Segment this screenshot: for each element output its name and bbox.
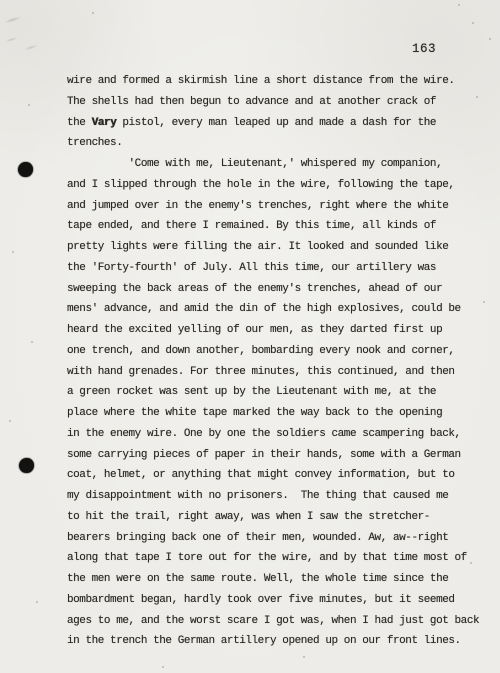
text-line: bearers bringing back one of their men, … xyxy=(67,528,492,549)
scanned-page: 163 wire and formed a skirmish line a sh… xyxy=(0,0,500,673)
text-line: in the trench the German artillery opene… xyxy=(67,631,492,652)
text-line: pretty lights were filling the air. It l… xyxy=(67,237,492,258)
text-segment: the xyxy=(67,117,92,129)
text-line: one trench, and down another, bombarding… xyxy=(67,341,492,362)
text-line: a green rocket was sent up by the Lieute… xyxy=(67,382,492,403)
pencil-smudge-mark xyxy=(0,2,53,63)
text-line: some carrying pieces of paper in their h… xyxy=(67,445,492,466)
typewritten-text: wire and formed a skirmish line a short … xyxy=(67,71,492,652)
text-line: the Vary pistol, every man leaped up and… xyxy=(67,113,492,134)
text-line: in the enemy wire. One by one the soldie… xyxy=(67,424,492,445)
text-line: mens' advance, and amid the din of the h… xyxy=(67,299,492,320)
text-segment: pistol, every man leaped up and made a d… xyxy=(116,117,436,129)
text-line: heard the excited yelling of our men, as… xyxy=(67,320,492,341)
text-line: 'Come with me, Lieutenant,' whispered my… xyxy=(67,154,492,175)
page-number: 163 xyxy=(412,42,436,56)
text-line: and jumped over in the enemy's trenches,… xyxy=(67,196,492,217)
text-line: to hit the trail, right away, was when I… xyxy=(67,507,492,528)
text-line: sweeping the back areas of the enemy's t… xyxy=(67,279,492,300)
ink-dot xyxy=(19,458,34,473)
text-line: trenches. xyxy=(67,133,492,154)
bold-word: Vary xyxy=(92,117,117,129)
text-line: place where the white tape marked the wa… xyxy=(67,403,492,424)
text-line: and I slipped through the hole in the wi… xyxy=(67,175,492,196)
text-line: along that tape I tore out for the wire,… xyxy=(67,548,492,569)
text-line: with hand grenades. For three minutes, t… xyxy=(67,362,492,383)
text-line: my disappointment with no prisoners. The… xyxy=(67,486,492,507)
text-line: tape ended, and there I remained. By thi… xyxy=(67,216,492,237)
text-line: the men were on the same route. Well, th… xyxy=(67,569,492,590)
text-line: ages to me, and the worst scare I got wa… xyxy=(67,611,492,632)
text-line: the 'Forty-fourth' of July. All this tim… xyxy=(67,258,492,279)
text-line: bombardment began, hardly took over five… xyxy=(67,590,492,611)
ink-dot xyxy=(18,162,33,177)
text-line: wire and formed a skirmish line a short … xyxy=(67,71,492,92)
text-line: coat, helmet, or anything that might con… xyxy=(67,465,492,486)
text-line: The shells had then begun to advance and… xyxy=(67,92,492,113)
